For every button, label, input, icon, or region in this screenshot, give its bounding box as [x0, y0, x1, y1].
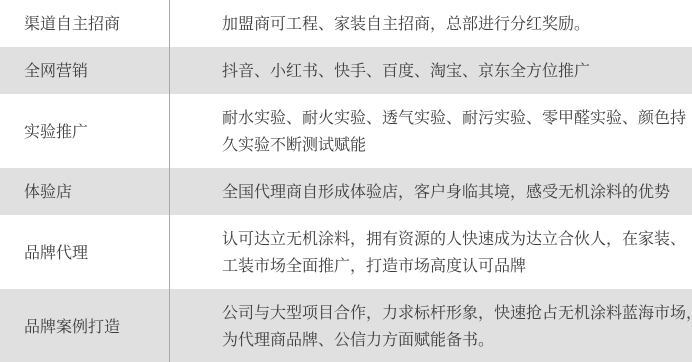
description-line: 认可达立无机涂料，拥有资源的人快速成为达立合伙人，在家装、 — [222, 225, 686, 252]
description-line: 公司与大型项目合作，力求标杆形象，快速抢占无机涂料蓝海市场， — [222, 299, 692, 326]
row-description: 耐水实验、耐火实验、透气实验、耐污实验、零甲醛实验、颜色持久实验不断测试赋能 — [170, 94, 692, 168]
row-label: 渠道自主招商 — [0, 0, 170, 47]
row-label: 品牌代理 — [0, 215, 170, 289]
row-description: 全国代理商自形成体验店，客户身临其境，感受无机涂料的优势 — [170, 168, 692, 215]
table-row: 实验推广 耐水实验、耐火实验、透气实验、耐污实验、零甲醛实验、颜色持久实验不断测… — [0, 94, 692, 168]
table-row: 品牌代理 认可达立无机涂料，拥有资源的人快速成为达立合伙人，在家装、工装市场全面… — [0, 215, 692, 289]
row-description: 加盟商可工程、家装自主招商，总部进行分红奖励。 — [170, 0, 692, 47]
description-line: 工装市场全面推广，打造市场高度认可品牌 — [222, 252, 686, 279]
row-description: 认可达立无机涂料，拥有资源的人快速成为达立合伙人，在家装、工装市场全面推广，打造… — [170, 215, 692, 289]
support-table: 渠道自主招商 加盟商可工程、家装自主招商，总部进行分红奖励。 全网营销 抖音、小… — [0, 0, 692, 362]
row-label: 品牌案例打造 — [0, 289, 170, 362]
description-line: 耐水实验、耐火实验、透气实验、耐污实验、零甲醛实验、颜色持 — [222, 104, 686, 131]
table-row: 渠道自主招商 加盟商可工程、家装自主招商，总部进行分红奖励。 — [0, 0, 692, 47]
row-label: 体验店 — [0, 168, 170, 215]
row-description: 抖音、小红书、快手、百度、淘宝、京东全方位推广 — [170, 47, 692, 94]
description-line: 加盟商可工程、家装自主招商，总部进行分红奖励。 — [222, 10, 662, 37]
row-label: 实验推广 — [0, 94, 170, 168]
description-line: 抖音、小红书、快手、百度、淘宝、京东全方位推广 — [222, 57, 662, 84]
description-line: 全国代理商自形成体验店，客户身临其境，感受无机涂料的优势 — [222, 178, 670, 205]
description-line: 久实验不断测试赋能 — [222, 131, 686, 158]
table-row: 体验店 全国代理商自形成体验店，客户身临其境，感受无机涂料的优势 — [0, 168, 692, 215]
table-row: 品牌案例打造 公司与大型项目合作，力求标杆形象，快速抢占无机涂料蓝海市场，为代理… — [0, 289, 692, 362]
row-description: 公司与大型项目合作，力求标杆形象，快速抢占无机涂料蓝海市场，为代理商品牌、公信力… — [170, 289, 692, 362]
row-label: 全网营销 — [0, 47, 170, 94]
description-line: 为代理商品牌、公信力方面赋能备书。 — [222, 326, 692, 353]
table-row: 全网营销 抖音、小红书、快手、百度、淘宝、京东全方位推广 — [0, 47, 692, 94]
